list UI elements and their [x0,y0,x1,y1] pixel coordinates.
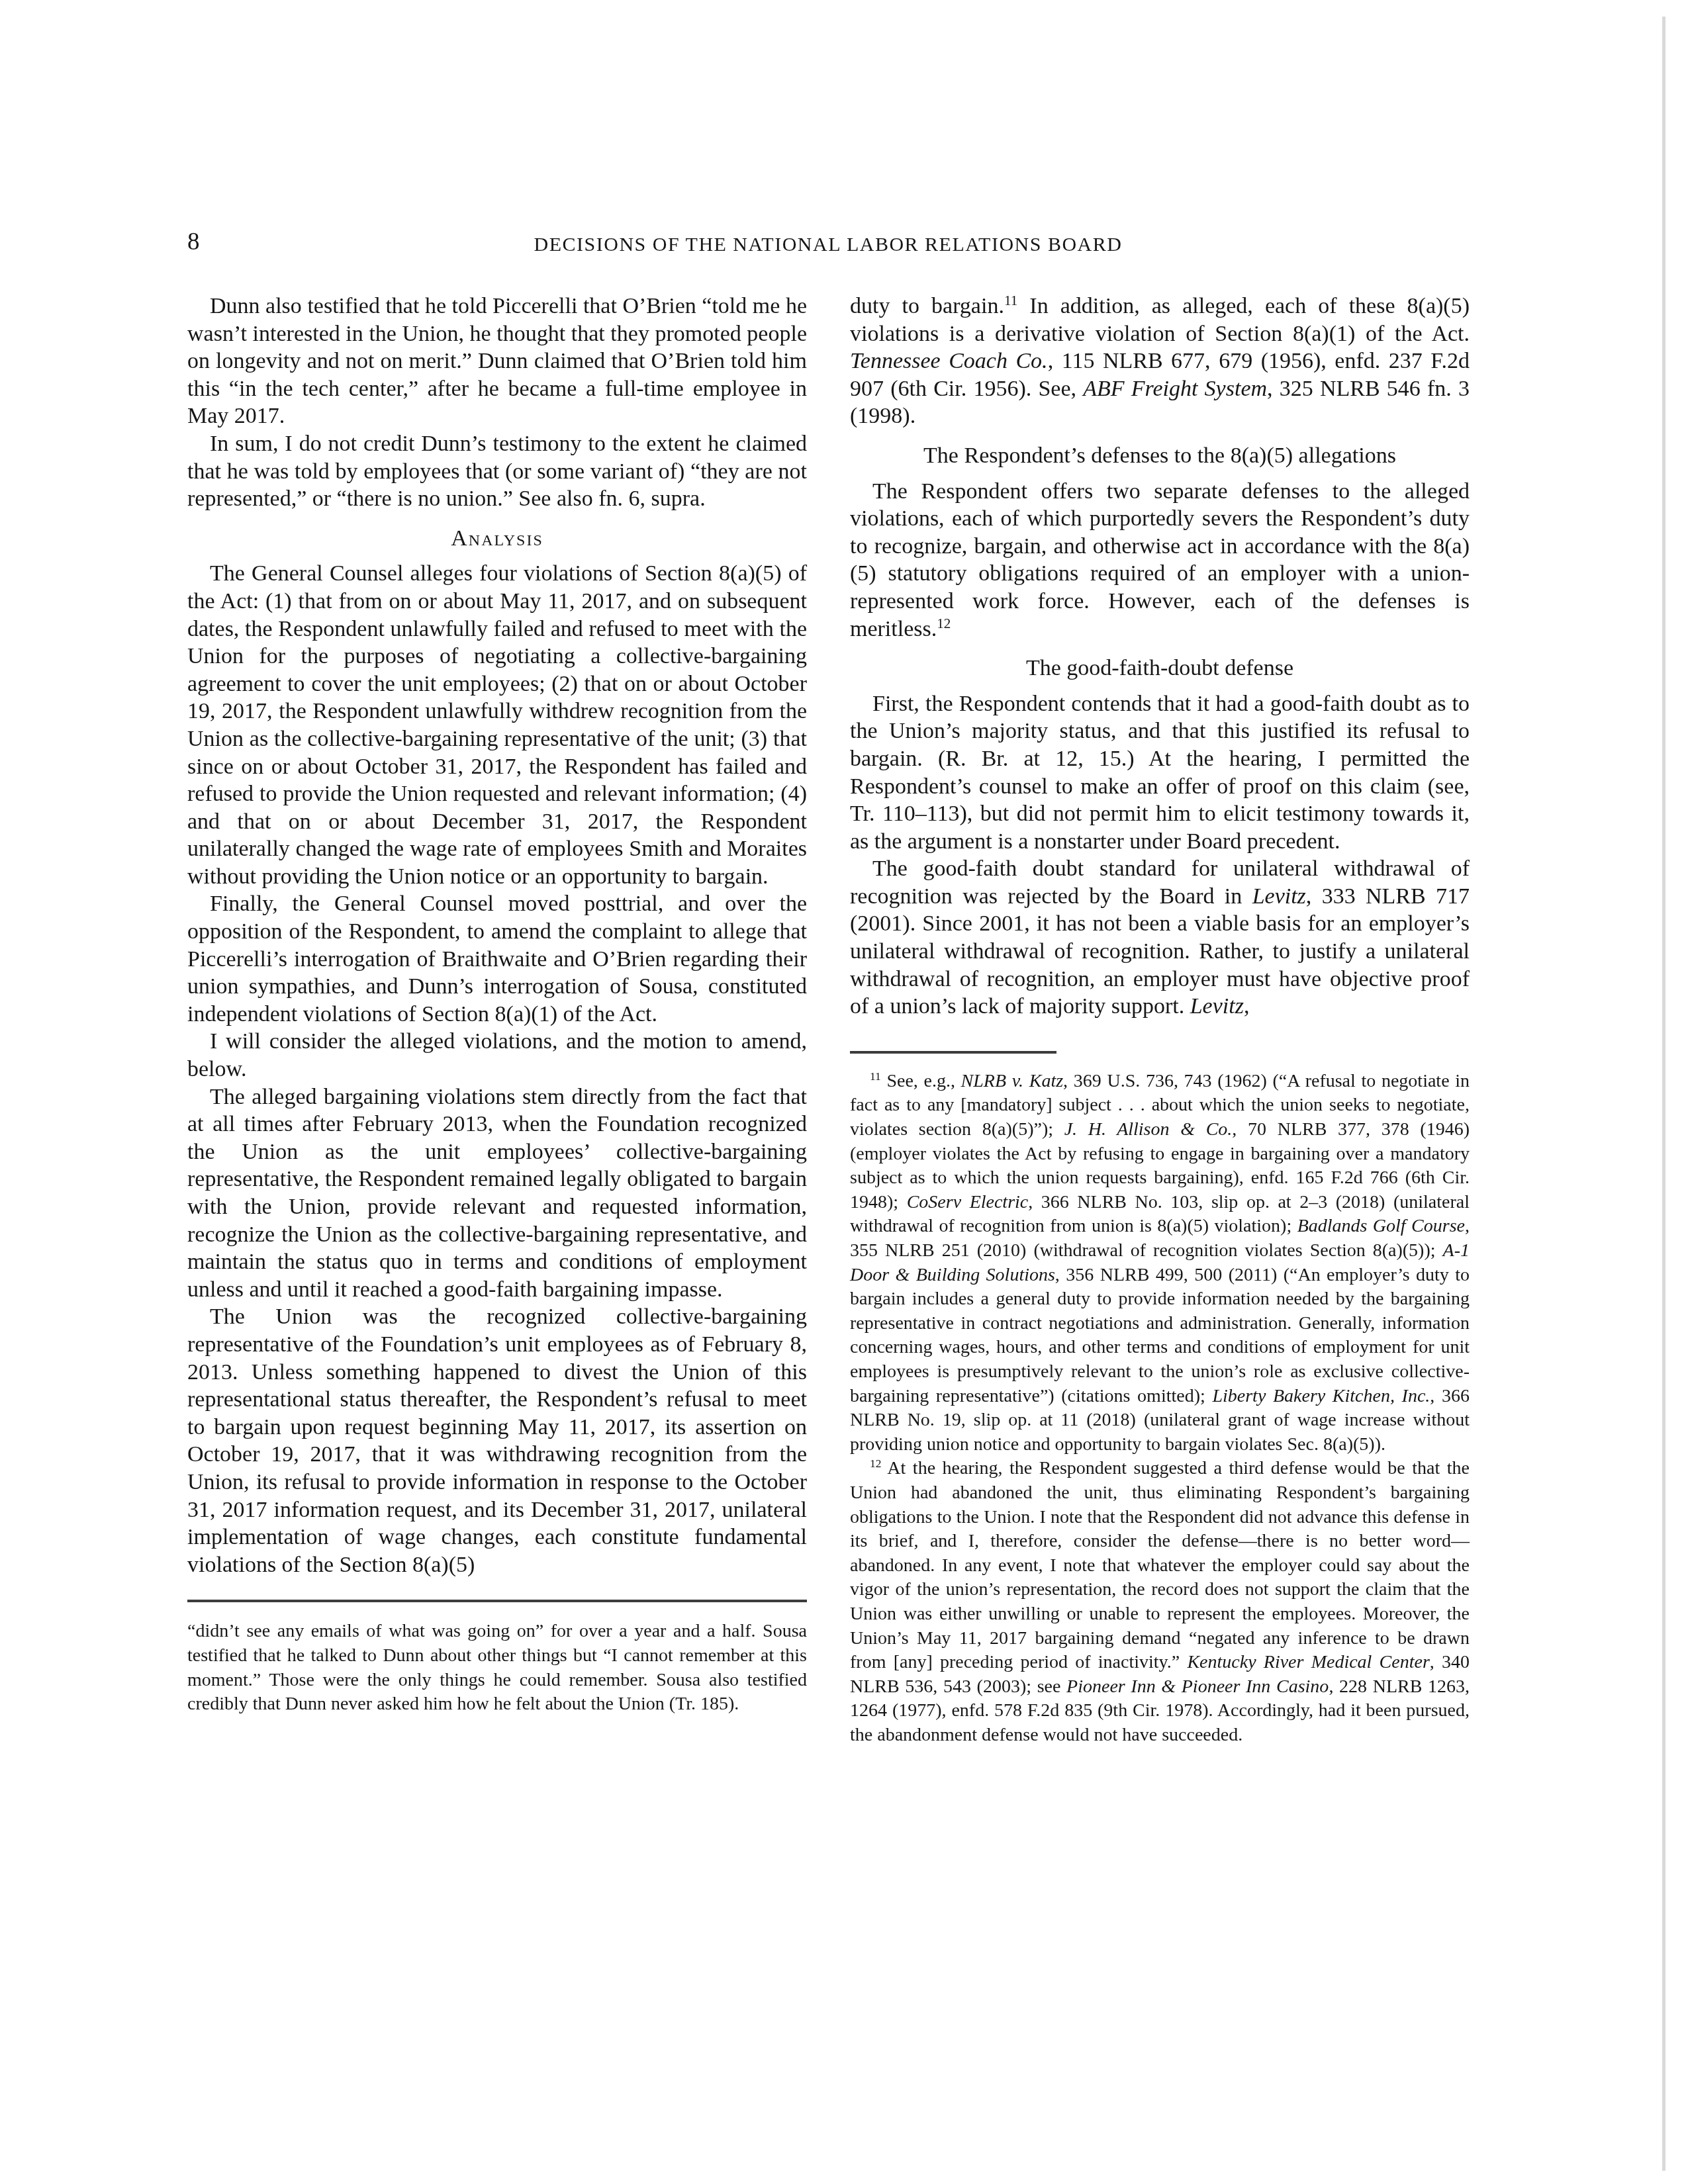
scan-artifact-line [1662,17,1665,2171]
paragraph: The Respondent offers two separate defen… [850,478,1470,643]
defenses-heading: The Respondent’s defenses to the 8(a)(5)… [850,442,1470,470]
footnote-12: 12 At the hearing, the Respondent sugges… [850,1457,1470,1747]
footnote-separator-rule [850,1051,1056,1054]
paragraph: I will consider the alleged violations, … [187,1028,807,1083]
document-page: 8 DECISIONS OF THE NATIONAL LABOR RELATI… [0,0,1688,2184]
paragraph: The General Counsel alleges four violati… [187,560,807,890]
paragraph: First, the Respondent contends that it h… [850,690,1470,856]
paragraph: Dunn also testified that he told Piccere… [187,293,807,430]
paragraph: The good-faith doubt standard for unilat… [850,855,1470,1021]
paragraph: duty to bargain.11 In addition, as alleg… [850,293,1470,430]
paragraph: The alleged bargaining violations stem d… [187,1083,807,1304]
footnote-11: 11 See, e.g., NLRB v. Katz, 369 U.S. 736… [850,1069,1470,1457]
footnote-continuation: “didn’t see any emails of what was going… [187,1619,807,1716]
analysis-heading: Analysis [187,525,807,553]
running-head: DECISIONS OF THE NATIONAL LABOR RELATION… [187,233,1469,257]
paragraph: In sum, I do not credit Dunn’s testimony… [187,430,807,513]
paragraph: Finally, the General Counsel moved postt… [187,890,807,1028]
footnote-separator-rule [187,1600,807,1602]
good-faith-doubt-heading: The good-faith-doubt defense [850,655,1470,682]
left-column: Dunn also testified that he told Piccere… [187,293,807,1717]
paragraph: The Union was the recognized collective-… [187,1303,807,1578]
right-column: duty to bargain.11 In addition, as alleg… [850,293,1470,1747]
